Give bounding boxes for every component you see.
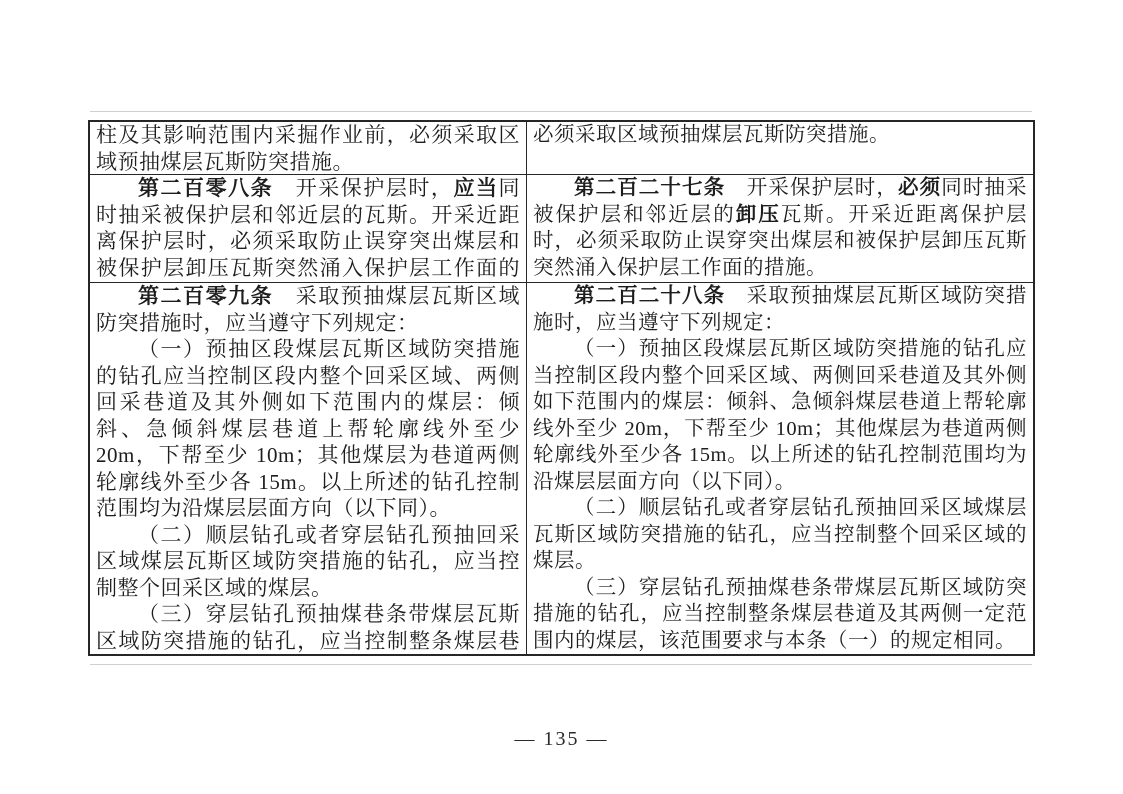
paragraph: 第二百二十七条 开采保护层时，必须同时抽采被保护层和邻近层的卸压瓦斯。开采近距离…: [533, 175, 1027, 281]
paragraph: 第二百二十八条 采取预抽煤层瓦斯区域防突措施时，应当遵守下列规定：: [533, 283, 1027, 336]
table-cell-row3-left: 第二百零九条 采取预抽煤层瓦斯区域防突措施时，应当遵守下列规定：（一）预抽区段煤…: [90, 283, 527, 654]
text-segment: 开采保护层时，: [273, 176, 453, 200]
bold-text-segment: 第二百二十七条: [574, 177, 725, 199]
table-cell-row2-left: 第二百零八条 开采保护层时，应当同时抽采被保护层和邻近层的瓦斯。开采近距离保护层…: [90, 175, 527, 283]
paragraph: 第二百零九条 采取预抽煤层瓦斯区域防突措施时，应当遵守下列规定：: [96, 283, 520, 336]
text-segment: （二）顺层钻孔或者穿层钻孔预抽回采区域煤层瓦斯区域防突措施的钻孔，应当控制整个回…: [96, 523, 520, 600]
table-cell-row2-right: 第二百二十七条 开采保护层时，必须同时抽采被保护层和邻近层的卸压瓦斯。开采近距离…: [527, 175, 1033, 283]
paragraph: 柱及其影响范围内采掘作业前，必须采取区域预抽煤层瓦斯防突措施。: [96, 122, 520, 175]
paragraph: （三）穿层钻孔预抽煤巷条带煤层瓦斯区域防突措施的钻孔，应当控制整条煤层巷道及其两…: [533, 575, 1027, 655]
text-segment: （二）顺层钻孔或者穿层钻孔预抽回采区域煤层瓦斯区域防突措施的钻孔，应当控制整个回…: [533, 497, 1027, 572]
paragraph: （一）预抽区段煤层瓦斯区域防突措施的钻孔应当控制区段内整个回采区域、两侧回采巷道…: [96, 336, 520, 522]
bold-text-segment: 第二百二十八条: [574, 285, 725, 307]
paragraph: 第二百零八条 开采保护层时，应当同时抽采被保护层和邻近层的瓦斯。开采近距离保护层…: [96, 175, 520, 283]
table-cell-row1-left: 柱及其影响范围内采掘作业前，必须采取区域预抽煤层瓦斯防突措施。: [90, 122, 527, 175]
text-segment: 必须采取区域预抽煤层瓦斯防突措施。: [533, 124, 890, 146]
regulation-comparison-table: 柱及其影响范围内采掘作业前，必须采取区域预抽煤层瓦斯防突措施。 必须采取区域预抽…: [88, 120, 1035, 656]
bold-text-segment: 应当: [453, 176, 498, 200]
page-number: — 135 —: [0, 728, 1123, 751]
scan-artifact-line-bottom: [90, 664, 1032, 665]
text-segment: 开采保护层时，: [725, 177, 898, 199]
bold-text-segment: 第二百零八条: [138, 176, 273, 200]
paragraph: （二）顺层钻孔或者穿层钻孔预抽回采区域煤层瓦斯区域防突措施的钻孔，应当控制整个回…: [96, 522, 520, 602]
bold-text-segment: 卸压: [736, 204, 781, 226]
text-segment: （一）预抽区段煤层瓦斯区域防突措施的钻孔应当控制区段内整个回采区域、两侧回采巷道…: [96, 337, 520, 520]
text-segment: 柱及其影响范围内采掘作业前，必须采取区域预抽煤层瓦斯防突措施。: [96, 123, 520, 174]
paragraph: （二）顺层钻孔或者穿层钻孔预抽回采区域煤层瓦斯区域防突措施的钻孔，应当控制整个回…: [533, 495, 1027, 575]
paragraph: （一）预抽区段煤层瓦斯区域防突措施的钻孔应当控制区段内整个回采区域、两侧回采巷道…: [533, 336, 1027, 495]
paragraph: （三）穿层钻孔预抽煤巷条带煤层瓦斯区域防突措施的钻孔，应当控制整条煤层巷道及: [96, 601, 520, 654]
table-cell-row3-right: 第二百二十八条 采取预抽煤层瓦斯区域防突措施时，应当遵守下列规定：（一）预抽区段…: [527, 283, 1033, 654]
text-segment: （三）穿层钻孔预抽煤巷条带煤层瓦斯区域防突措施的钻孔，应当控制整条煤层巷道及其两…: [533, 577, 1027, 652]
bold-text-segment: 必须: [898, 177, 941, 199]
bold-text-segment: 第二百零九条: [138, 284, 273, 308]
scan-artifact-line-top: [90, 111, 1032, 112]
text-segment: （一）预抽区段煤层瓦斯区域防突措施的钻孔应当控制区段内整个回采区域、两侧回采巷道…: [533, 338, 1027, 493]
document-page: 柱及其影响范围内采掘作业前，必须采取区域预抽煤层瓦斯防突措施。 必须采取区域预抽…: [0, 0, 1123, 794]
text-segment: （三）穿层钻孔预抽煤巷条带煤层瓦斯区域防突措施的钻孔，应当控制整条煤层巷道及: [96, 602, 520, 654]
paragraph: 必须采取区域预抽煤层瓦斯防突措施。: [533, 122, 1027, 149]
table-cell-row1-right: 必须采取区域预抽煤层瓦斯防突措施。: [527, 122, 1033, 175]
